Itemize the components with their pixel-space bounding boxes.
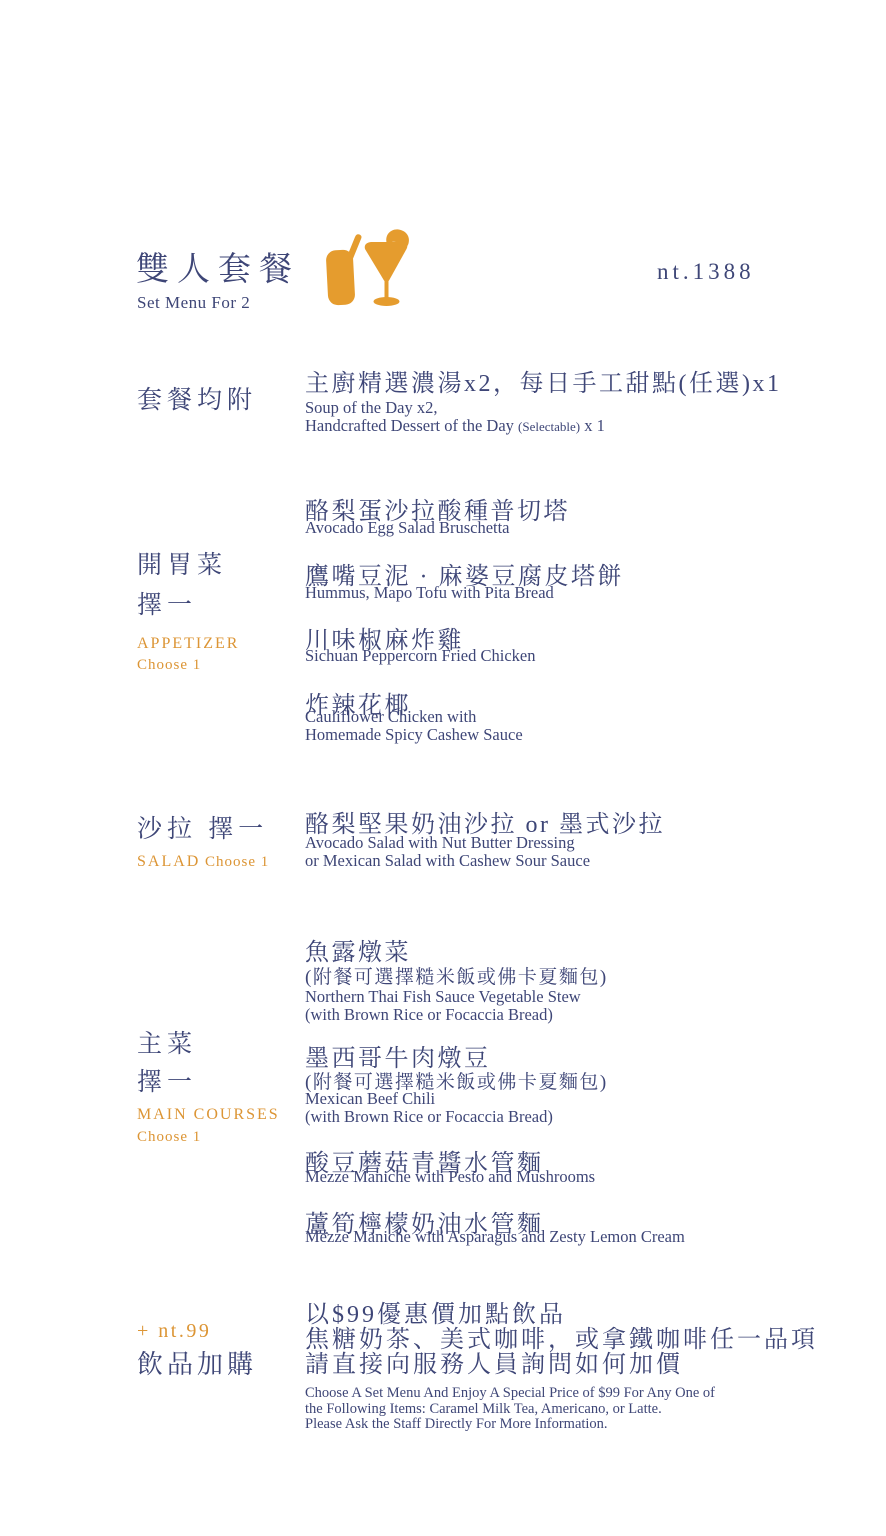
appetizer-label-zh-line1: 開胃菜 bbox=[137, 546, 227, 586]
drinks-addon-price: + nt.99 bbox=[137, 1320, 211, 1343]
appetizer-item3-en: Sichuan Peppercorn Fried Chicken bbox=[305, 648, 535, 665]
mains-label-zh-line2: 擇一 bbox=[137, 1063, 197, 1103]
set-price: nt.1388 bbox=[657, 259, 755, 285]
set-menu-page: 雙人套餐 Set Menu For 2 nt.1388 套餐均附 主廚精選濃湯x… bbox=[0, 0, 886, 1536]
cocktail-glasses-icon bbox=[318, 228, 428, 323]
drinks-icon bbox=[318, 228, 428, 323]
included-en-qty: x 1 bbox=[584, 416, 605, 435]
highball-glass-icon bbox=[326, 249, 356, 305]
drinks-description-zh: 以$99優惠價加點飲品 焦糖奶茶、美式咖啡，或拿鐵咖啡任一品項 請直接向服務人員… bbox=[305, 1303, 818, 1378]
mains-item3-en: Mezze Maniche with Pesto and Mushrooms bbox=[305, 1169, 595, 1186]
included-item-zh: 主廚精選濃湯x2，每日手工甜點(任選)x1 bbox=[305, 363, 781, 398]
salad-label-en: SALAD bbox=[137, 853, 200, 871]
included-en-selectable: (Selectable) bbox=[518, 419, 580, 434]
appetizer-label-zh-line2: 擇一 bbox=[137, 586, 197, 626]
drinks-zh-line3: 請直接向服務人員詢問如何加價 bbox=[305, 1353, 818, 1378]
salad-item-en-line1: Avocado Salad with Nut Butter Dressing bbox=[305, 835, 590, 852]
appetizer-item4-en-line2: Homemade Spicy Cashew Sauce bbox=[305, 727, 523, 744]
drinks-addon-label: 飲品加購 bbox=[137, 1344, 257, 1381]
mains-item4-en: Mezze Maniche with Asparagus and Zesty L… bbox=[305, 1229, 685, 1246]
cocktail-bowl-icon bbox=[365, 242, 408, 282]
salad-label-zh: 沙拉 擇一 bbox=[137, 810, 268, 850]
included-label: 套餐均附 bbox=[137, 381, 257, 421]
appetizer-item4-en: Cauliflower Chicken with Homemade Spicy … bbox=[305, 709, 523, 744]
mains-item1-en-line2: (with Brown Rice or Focaccia Bread) bbox=[305, 1007, 581, 1024]
drinks-zh-line1: 以$99優惠價加點飲品 bbox=[305, 1303, 818, 1328]
appetizer-item4-en-line1: Cauliflower Chicken with bbox=[305, 709, 523, 726]
mains-item1-en-line1: Northern Thai Fish Sauce Vegetable Stew bbox=[305, 989, 581, 1006]
appetizer-label-en: APPETIZER bbox=[137, 635, 239, 653]
drinks-en-line3: Please Ask the Staff Directly For More I… bbox=[305, 1417, 715, 1433]
cocktail-stem-icon bbox=[385, 278, 389, 300]
page-title: 雙人套餐 bbox=[136, 243, 300, 290]
appetizer-choose-label: Choose 1 bbox=[137, 657, 201, 674]
drinks-en-line2: the Following Items: Caramel Milk Tea, A… bbox=[305, 1402, 715, 1418]
salad-choose-label: Choose 1 bbox=[205, 854, 269, 871]
page-subtitle: Set Menu For 2 bbox=[137, 293, 250, 313]
mains-item1-en: Northern Thai Fish Sauce Vegetable Stew … bbox=[305, 989, 581, 1024]
mains-item1-note: (附餐可選擇糙米飯或佛卡夏麵包) bbox=[305, 962, 608, 989]
mains-label-en: MAIN COURSES bbox=[137, 1106, 280, 1124]
salad-item-en-line2: or Mexican Salad with Cashew Sour Sauce bbox=[305, 853, 590, 870]
mains-item2-en-line2: (with Brown Rice or Focaccia Bread) bbox=[305, 1109, 553, 1126]
mains-item2-en-line1: Mexican Beef Chili bbox=[305, 1091, 553, 1108]
cocktail-base-icon bbox=[374, 297, 400, 306]
included-item-en: Soup of the Day x2, Handcrafted Dessert … bbox=[305, 400, 605, 436]
drinks-zh-line2: 焦糖奶茶、美式咖啡，或拿鐵咖啡任一品項 bbox=[305, 1328, 818, 1353]
appetizer-item1-en: Avocado Egg Salad Bruschetta bbox=[305, 520, 510, 537]
drinks-description-en: Choose A Set Menu And Enjoy A Special Pr… bbox=[305, 1386, 715, 1433]
mains-label-zh-line1: 主菜 bbox=[137, 1025, 197, 1065]
included-en-line1: Soup of the Day x2, bbox=[305, 400, 605, 417]
mains-choose-label: Choose 1 bbox=[137, 1129, 201, 1146]
mains-item2-en: Mexican Beef Chili (with Brown Rice or F… bbox=[305, 1091, 553, 1126]
appetizer-item2-en: Hummus, Mapo Tofu with Pita Bread bbox=[305, 585, 554, 602]
salad-item-en: Avocado Salad with Nut Butter Dressing o… bbox=[305, 835, 590, 870]
drinks-en-line1: Choose A Set Menu And Enjoy A Special Pr… bbox=[305, 1386, 715, 1402]
included-en-line2: Handcrafted Dessert of the Day bbox=[305, 416, 514, 435]
